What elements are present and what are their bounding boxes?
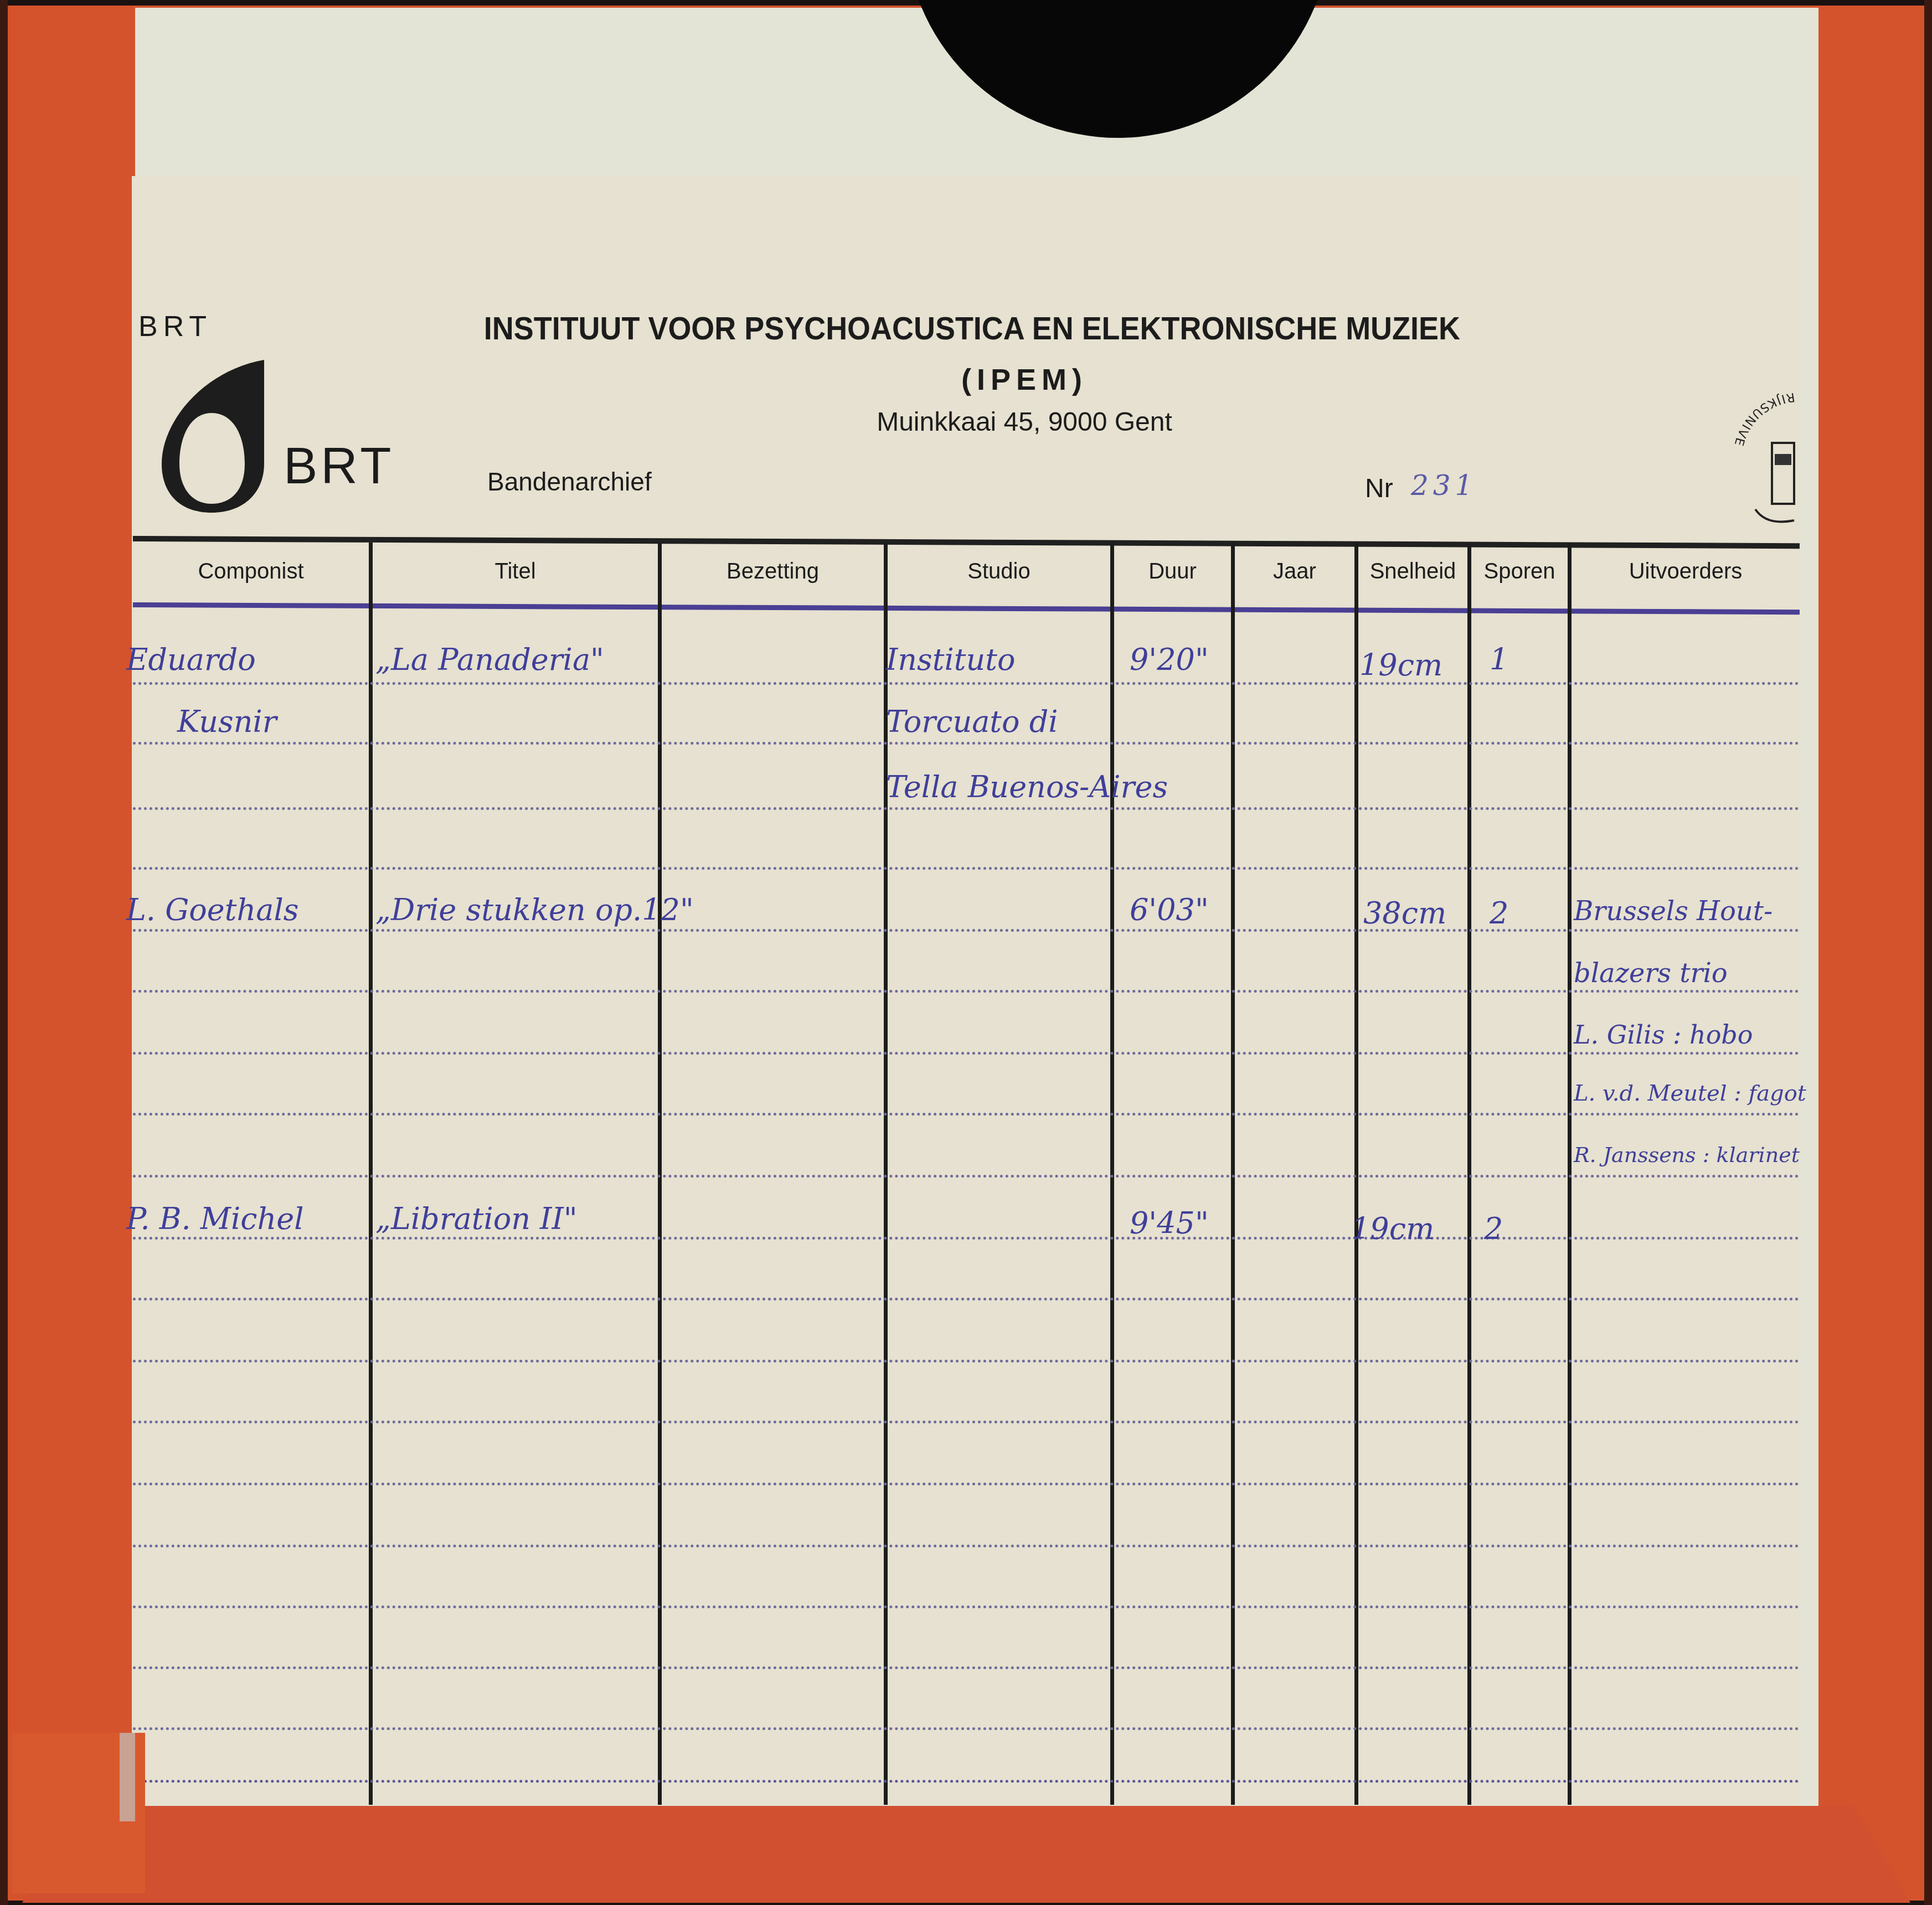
ruled-line — [133, 1360, 1800, 1362]
row1-studio-line3: Tella Buenos-Aires — [886, 770, 1168, 804]
row1-snelheid: 19cm — [1359, 648, 1442, 683]
row3-sporen: 2 — [1484, 1211, 1503, 1246]
row2-snelheid: 38cm — [1363, 896, 1446, 931]
row2-componist: L. Goethals — [126, 892, 298, 927]
svg-text:RIJKSUNIVE: RIJKSUNIVE — [1731, 390, 1796, 449]
ruled-line — [133, 1666, 1800, 1669]
ruled-line — [133, 1175, 1800, 1178]
archive-label: Bandenarchief — [487, 467, 652, 497]
row1-sporen: 1 — [1490, 642, 1508, 677]
ruled-line — [133, 1298, 1800, 1300]
ruled-line — [133, 742, 1800, 745]
column-header-duur: Duur — [1114, 559, 1231, 592]
row3-componist: P. B. Michel — [126, 1201, 304, 1236]
number-value: 231 — [1411, 469, 1477, 502]
row3-titel: „Libration II" — [375, 1201, 578, 1236]
institute-address: Muinkkaai 45, 9000 Gent — [786, 407, 1263, 437]
column-divider — [369, 543, 373, 1805]
column-divider — [1110, 543, 1114, 1805]
thumb-cutout — [905, 0, 1331, 138]
column-header-jaar: Jaar — [1235, 559, 1354, 592]
column-divider — [1231, 543, 1235, 1805]
column-header-bezetting: Bezetting — [662, 559, 884, 592]
ruled-line — [133, 1605, 1800, 1608]
row1-componist-line1: Eduardo — [126, 642, 256, 677]
column-divider — [1354, 543, 1358, 1805]
row1-studio-line2: Torcuato di — [886, 704, 1058, 739]
row2-uitvoerders-line2: blazers trio — [1574, 958, 1728, 989]
ruled-line — [133, 807, 1800, 810]
column-header-studio: Studio — [888, 559, 1110, 592]
brt-logo-icon — [156, 359, 267, 514]
row1-titel: „La Panaderia" — [375, 642, 604, 677]
brand-logo-text: BRT — [284, 437, 394, 495]
row2-uitvoerders-line4: L. v.d. Meutel : fagot — [1574, 1081, 1806, 1106]
university-seal-icon: RIJKSUNIVE — [1722, 382, 1800, 531]
ruled-line — [133, 1052, 1800, 1055]
column-header-snelheid: Snelheid — [1358, 559, 1467, 592]
row1-studio-line1: Instituto — [886, 642, 1015, 677]
institute-abbreviation: (IPEM) — [914, 363, 1135, 397]
number-label: Nr — [1365, 473, 1393, 504]
ruled-line — [133, 1780, 1800, 1783]
row1-componist-line2: Kusnir — [177, 704, 277, 739]
row3-snelheid: 19cm — [1351, 1211, 1434, 1246]
ruled-line — [133, 1237, 1800, 1240]
ruled-line — [133, 1727, 1800, 1730]
ruled-line — [133, 867, 1800, 870]
ruled-line — [133, 929, 1800, 932]
folder-bottom-flap — [22, 1806, 1910, 1903]
column-header-uitvoerders: Uitvoerders — [1572, 559, 1800, 592]
column-divider — [658, 543, 662, 1805]
ruled-line — [133, 1545, 1800, 1547]
row3-duur: 9'45" — [1130, 1206, 1209, 1241]
column-header-sporen: Sporen — [1471, 559, 1568, 592]
tape-strip-inner — [120, 1733, 135, 1821]
row2-titel: „Drie stukken op.12" — [375, 892, 694, 927]
row2-uitvoerders-line3: L. Gilis : hobo — [1574, 1020, 1753, 1050]
ruled-line — [133, 1483, 1800, 1485]
ruled-line — [133, 682, 1800, 685]
row1-duur: 9'20" — [1130, 642, 1209, 677]
column-header-titel: Titel — [373, 559, 658, 592]
row2-sporen: 2 — [1490, 896, 1508, 931]
row2-uitvoerders-line1: Brussels Hout- — [1574, 896, 1773, 927]
ruled-line — [133, 990, 1800, 993]
ruled-line — [133, 1421, 1800, 1423]
row2-uitvoerders-line5: R. Janssens : klarinet — [1574, 1143, 1800, 1167]
row2-duur: 6'03" — [1130, 892, 1209, 927]
brand-small: BRT — [138, 310, 212, 343]
ruled-line — [133, 1113, 1800, 1116]
folder-edge-left — [0, 0, 8, 1905]
institute-title: INSTITUUT VOOR PSYCHOACUSTICA EN ELEKTRO… — [460, 310, 1485, 347]
column-divider — [1568, 543, 1572, 1805]
folder-edge-right — [1924, 0, 1932, 1905]
column-header-componist: Componist — [133, 559, 369, 592]
column-divider — [1467, 543, 1471, 1805]
